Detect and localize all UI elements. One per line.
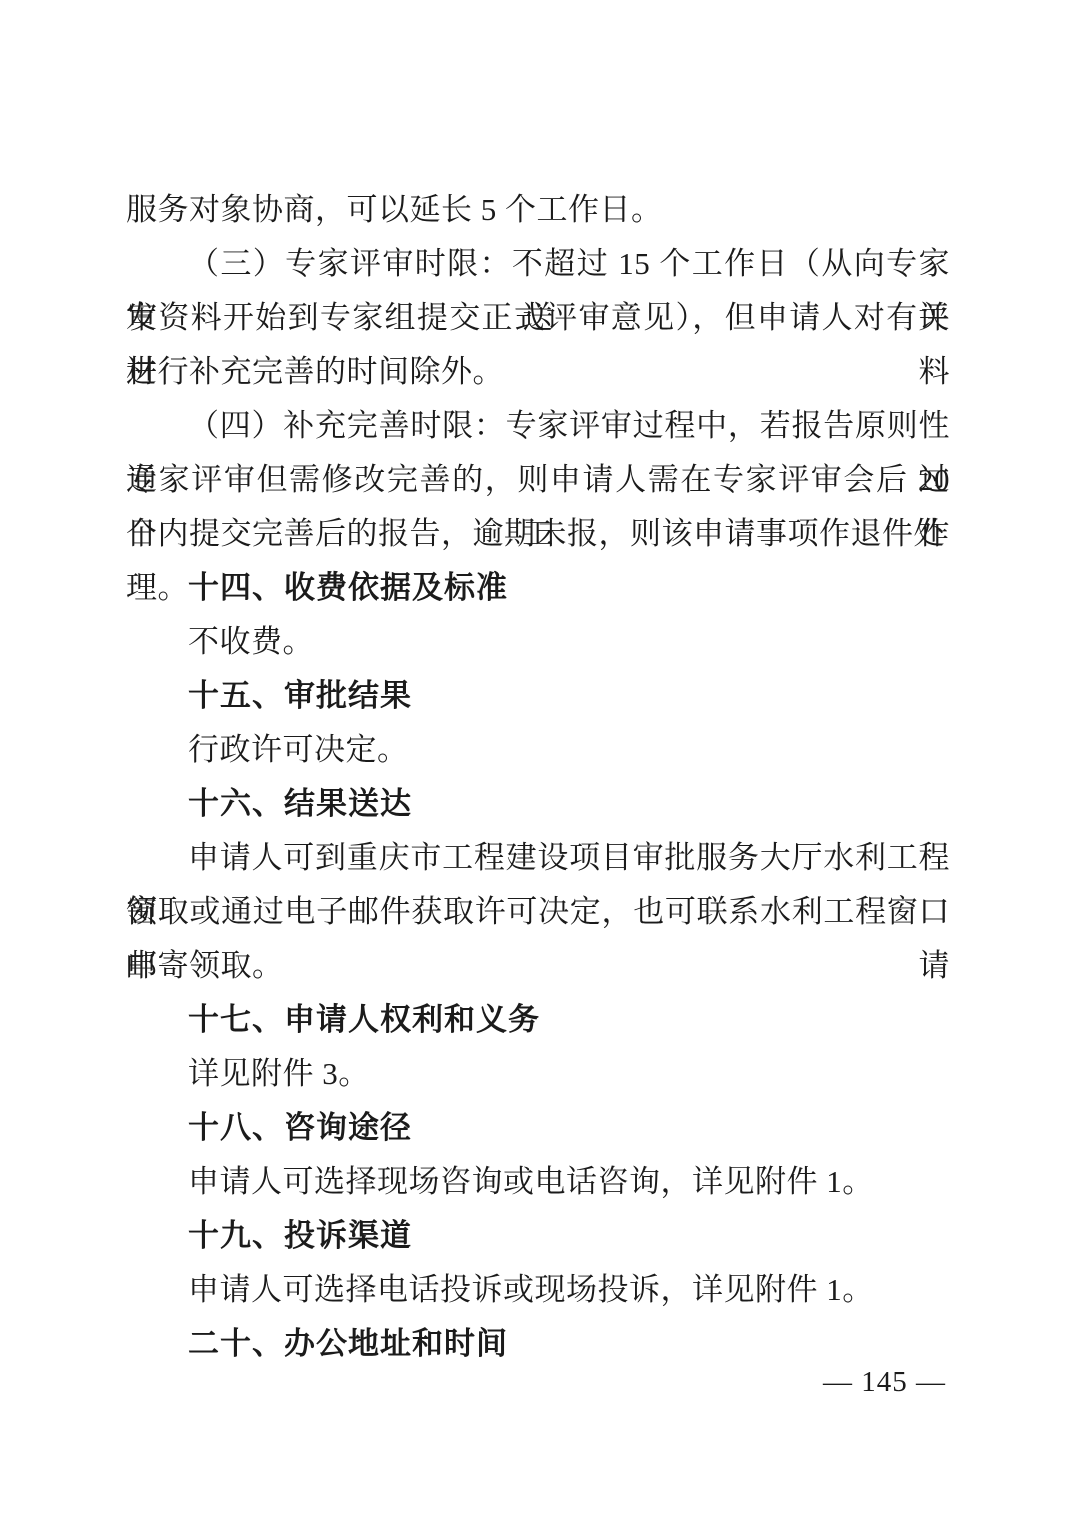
- document-body: 服务对象协商，可以延长 5 个工作日。 （三）专家评审时限：不超过 15 个工作…: [126, 183, 950, 1371]
- document-page: 服务对象协商，可以延长 5 个工作日。 （三）专家评审时限：不超过 15 个工作…: [0, 0, 1074, 1520]
- body-line: 详见附件 3。: [126, 1047, 950, 1101]
- page-number: — 145 —: [823, 1362, 946, 1402]
- section-heading-14: 十四、收费依据及标准: [126, 561, 950, 615]
- body-line: 审资料开始到专家组提交正式评审意见），但申请人对有关材料: [126, 291, 950, 345]
- body-line: 申请人可到重庆市工程建设项目审批服务大厅水利工程窗口: [126, 831, 950, 885]
- section-heading-17: 十七、申请人权利和义务: [126, 993, 950, 1047]
- body-line: （三）专家评审时限：不超过 15 个工作日（从向专家发送评: [126, 237, 950, 291]
- body-line: 服务对象协商，可以延长 5 个工作日。: [126, 183, 950, 237]
- body-line: 申请人可选择电话投诉或现场投诉，详见附件 1。: [126, 1263, 950, 1317]
- body-line: 申请人可选择现场咨询或电话咨询，详见附件 1。: [126, 1155, 950, 1209]
- body-line: 日内提交完善后的报告，逾期未报，则该申请事项作退件处理。: [126, 507, 950, 561]
- body-line: 不收费。: [126, 615, 950, 669]
- body-line: 专家评审但需修改完善的，则申请人需在专家评审会后 20 个工作: [126, 453, 950, 507]
- section-heading-15: 十五、审批结果: [126, 669, 950, 723]
- section-heading-18: 十八、咨询途径: [126, 1101, 950, 1155]
- body-line: 行政许可决定。: [126, 723, 950, 777]
- body-line: （四）补充完善时限：专家评审过程中，若报告原则性通过: [126, 399, 950, 453]
- section-heading-16: 十六、结果送达: [126, 777, 950, 831]
- body-line: 领取或通过电子邮件获取许可决定，也可联系水利工程窗口申请: [126, 885, 950, 939]
- section-heading-19: 十九、投诉渠道: [126, 1209, 950, 1263]
